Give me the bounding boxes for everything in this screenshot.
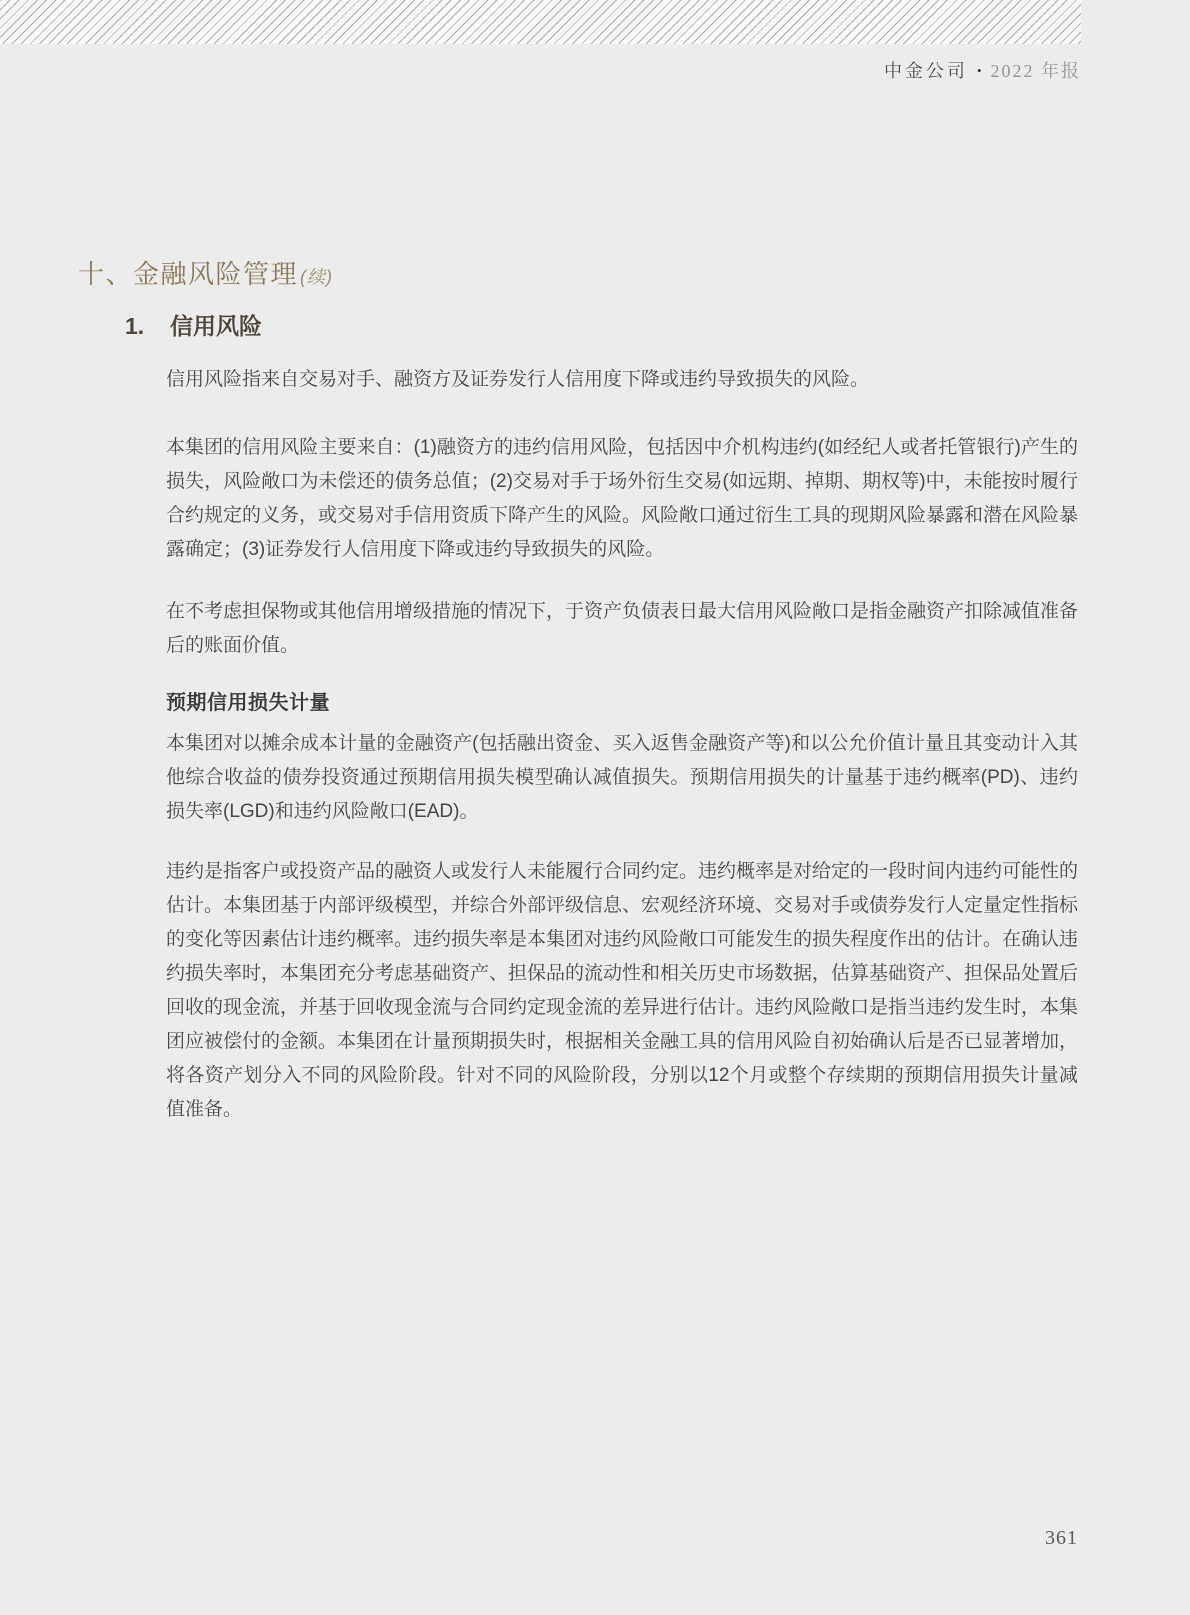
paragraph-credit-risk-sources: 本集团的信用风险主要来自：(1)融资方的违约信用风险，包括因中介机构违约(如经纪… — [166, 431, 1078, 567]
paragraph-ecl-model: 本集团对以摊余成本计量的金融资产(包括融出资金、买入返售金融资产等)和以公允价值… — [166, 727, 1078, 829]
section-title: 十、金融风险管理(续) — [78, 256, 1078, 295]
paragraph-default-definition: 违约是指客户或投资产品的融资人或发行人未能履行合同约定。违约概率是对给定的一段时… — [166, 855, 1078, 1127]
page-number: 361 — [0, 1527, 1078, 1550]
paragraph-credit-risk-definition: 信用风险指来自交易对手、融资方及证券发行人信用度下降或违约导致损失的风险。 — [166, 363, 1078, 397]
content-area: 十、金融风险管理(续) 1.信用风险 信用风险指来自交易对手、融资方及证券发行人… — [78, 256, 1078, 1127]
ecl-measurement-heading: 预期信用损失计量 — [166, 689, 1078, 717]
decorative-hatch-band — [0, 0, 1081, 44]
subsection-title: 信用风险 — [170, 313, 262, 339]
subsection-heading: 1.信用风险 — [125, 311, 1078, 341]
section-continued-label: (续) — [300, 267, 333, 287]
report-edition: 2022 年报 — [991, 61, 1082, 81]
paragraph-max-credit-exposure: 在不考虑担保物或其他信用增级措施的情况下，于资产负债表日最大信用风险敞口是指金融… — [166, 595, 1078, 663]
subsection-number: 1. — [125, 311, 170, 341]
section-title-text: 十、金融风险管理 — [78, 259, 298, 289]
company-name: 中金公司 — [884, 61, 968, 81]
bullet-separator: • — [977, 63, 982, 78]
page-header: 中金公司•2022 年报 — [0, 58, 1081, 84]
